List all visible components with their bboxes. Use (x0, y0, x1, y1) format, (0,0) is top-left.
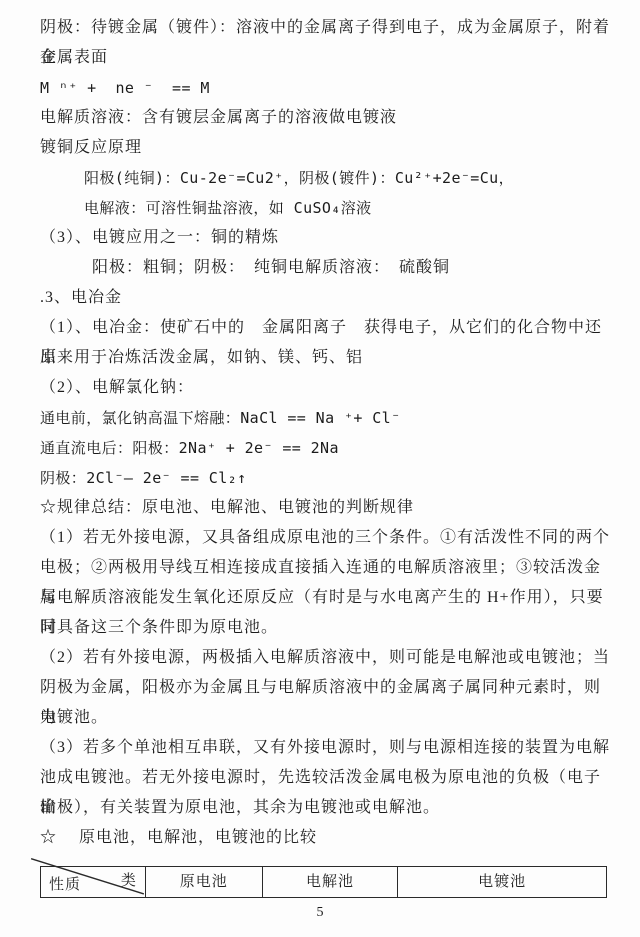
text-line-rule1-d: 时具备这三个条件即为原电池。 (40, 613, 612, 643)
table-header-electroplating-cell: 电镀池 (398, 867, 606, 897)
page-number: 5 (0, 905, 640, 921)
table-corner-cell: 性质 类 (41, 867, 146, 897)
text-line-electrolyte-cuso4: 电解液：可溶性铜盐溶液，如 CuSO₄溶液 (40, 193, 612, 223)
text-line-electrolyte-solution: 电解质溶液：含有镀层金属离子的溶液做电镀液 (40, 103, 612, 133)
section-heading-rule-summary: ☆规律总结：原电池、电解池、电镀池的判断规律 (40, 493, 612, 523)
text-line-rule1-a: （1）若无外接电源，又具备组成原电池的三个条件。①有活泼性不同的两个 (40, 523, 612, 553)
equation-anode-2na: 通直流电后：阳极：2Na⁺ + 2e⁻ == 2Na (40, 433, 612, 463)
section-heading-nacl-electrolysis: （2）、电解氯化钠： (40, 373, 612, 403)
document-body: 阴极：待镀金属（镀件）：溶液中的金属离子得到电子，成为金属原子，附着在 金属表面… (40, 13, 612, 853)
table-header-electrolytic-cell: 电解池 (263, 867, 399, 897)
text-line-active-metals: 出来用于冶炼活泼金属，如钠、镁、钙、铝 (40, 343, 612, 373)
equation-cathode-cl2: 阴极：2Cl⁻— 2e⁻ == Cl₂↑ (40, 463, 612, 493)
section-heading-electrometallurgy: .3、电冶金 (40, 283, 612, 313)
text-line-rule1-c: 与电解质溶液能发生氧化还原反应（有时是与水电离产生的 H+作用），只要同 (40, 583, 612, 613)
text-line-electrometallurgy-def: （1）、电冶金：使矿石中的 金属阳离子 获得电子，从它们的化合物中还原 (40, 313, 612, 343)
text-line-rule3-a: （3）若多个单池相互串联，又有外接电源时，则与电源相连接的装置为电解 (40, 733, 612, 763)
text-line-metal-surface: 金属表面 (40, 43, 612, 73)
section-heading-comparison: ☆ 原电池，电解池，电镀池的比较 (40, 823, 612, 853)
equation-copper-electrodes: 阳极(纯铜)：Cu-2e⁻=Cu2⁺，阴极(镀件)：Cu²⁺+2e⁻=Cu， (40, 163, 612, 193)
text-line-rule2-c: 电镀池。 (40, 703, 612, 733)
text-line-rule2-b: 阴极为金属，阳极亦为金属且与电解质溶液中的金属离子属同种元素时，则为 (40, 673, 612, 703)
text-line-rule3-b: 池成电镀池。若无外接电源时，先选较活泼金属电极为原电池的负极（电子输 (40, 763, 612, 793)
text-line-rule3-c: 出极），有关装置为原电池，其余为电镀池或电解池。 (40, 793, 612, 823)
corner-label-type: 类 (121, 867, 137, 896)
text-line-rule1-b: 电极；②两极用导线互相连接成直接插入连通的电解质溶液里；③较活泼金属 (40, 553, 612, 583)
table-header-galvanic-cell: 原电池 (146, 867, 263, 897)
document-page: 阴极：待镀金属（镀件）：溶液中的金属离子得到电子，成为金属原子，附着在 金属表面… (0, 0, 640, 937)
equation-nacl-molten: 通电前，氯化钠高温下熔融：NaCl == Na ⁺+ Cl⁻ (40, 403, 612, 433)
section-heading-copper-refining: （3）、电镀应用之一：铜的精炼 (40, 223, 612, 253)
equation-metal-ion: M ⁿ⁺ + ne ⁻ == M (40, 73, 612, 103)
corner-label-property: 性质 (49, 871, 81, 900)
text-line-rule2-a: （2）若有外接电源，两极插入电解质溶液中，则可能是电解池或电镀池；当 (40, 643, 612, 673)
comparison-table: 性质 类 原电池 电解池 电镀池 (40, 866, 607, 898)
text-line-cathode-plating: 阴极：待镀金属（镀件）：溶液中的金属离子得到电子，成为金属原子，附着在 (40, 13, 612, 43)
section-heading-copper-plating: 镀铜反应原理 (40, 133, 612, 163)
text-line-crude-copper: 阳极：粗铜；阴极： 纯铜电解质溶液： 硫酸铜 (40, 253, 612, 283)
